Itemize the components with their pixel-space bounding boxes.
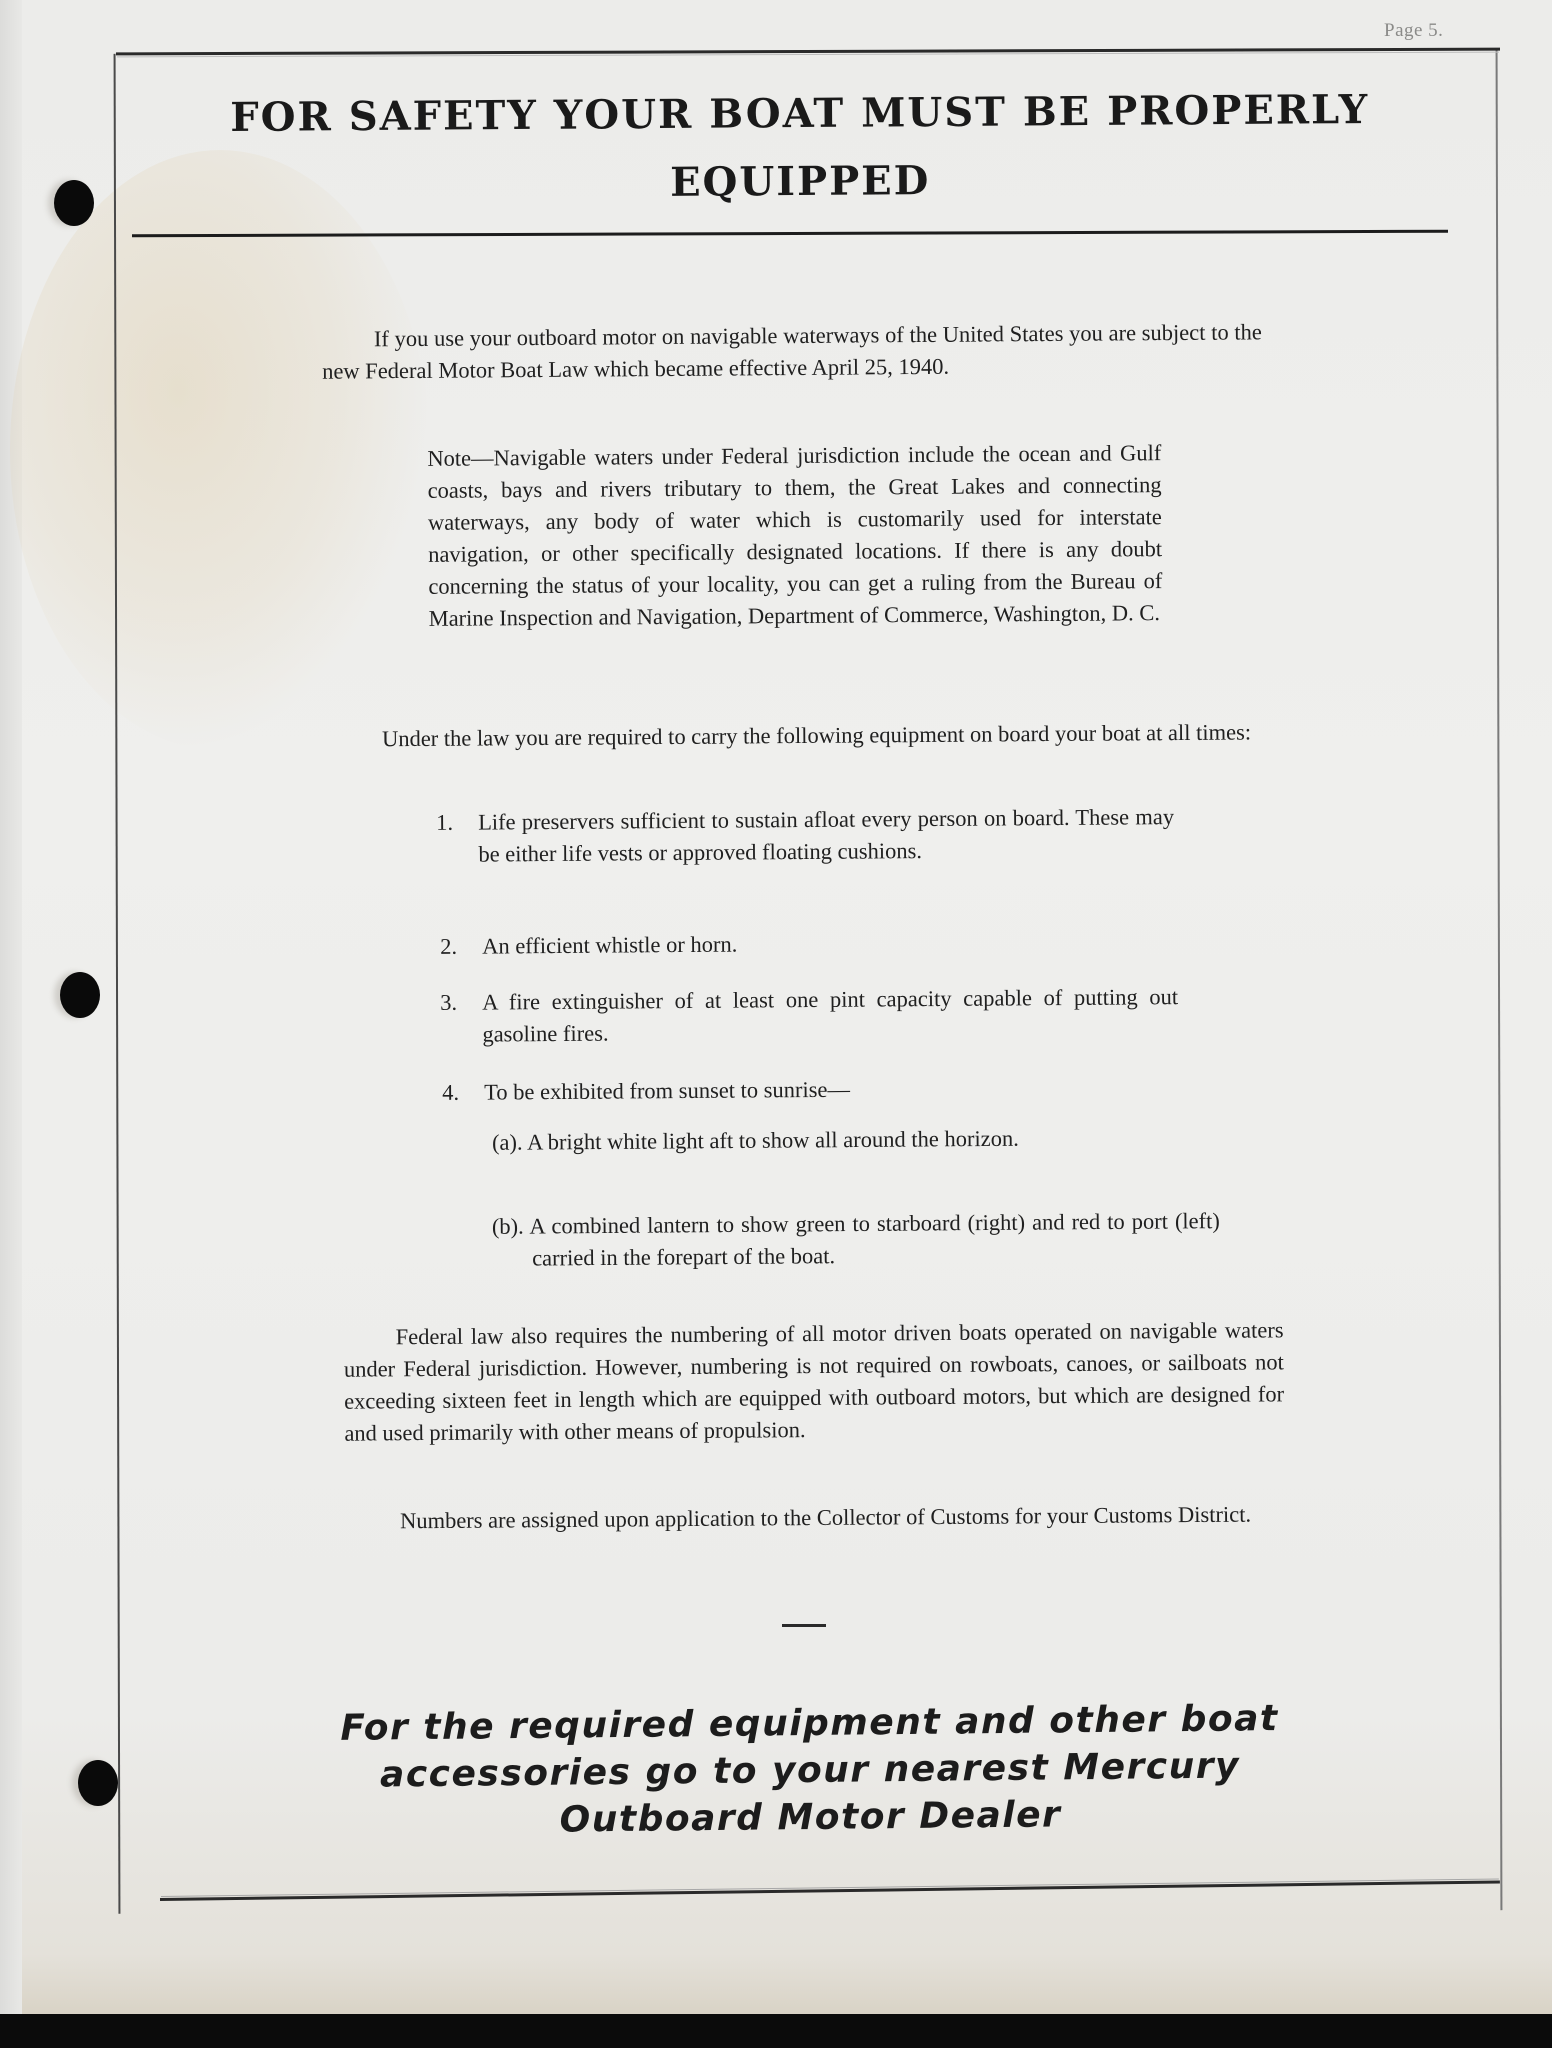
sub-label: (b). xyxy=(492,1214,524,1239)
sub-text: A bright white light aft to show all aro… xyxy=(527,1126,1019,1155)
note-paragraph: Note—Navigable waters under Federal juri… xyxy=(427,437,1162,635)
list-number: 2. xyxy=(440,931,457,963)
list-number: 1. xyxy=(436,807,453,839)
sub-label: (a). xyxy=(492,1130,523,1155)
intro-paragraph: If you use your outboard motor on naviga… xyxy=(322,316,1262,387)
title-line-1: FOR SAFETY YOUR BOAT MUST BE PROPERLY xyxy=(150,75,1450,152)
section-divider xyxy=(782,1624,826,1627)
sub-text: A combined lantern to show green to star… xyxy=(529,1208,1220,1270)
punch-hole-icon xyxy=(78,1760,118,1806)
dealer-callout: For the required equipment and other boa… xyxy=(329,1695,1290,1846)
page-number: Page 5. xyxy=(1384,20,1443,42)
list-text: To be exhibited from sunset to sunrise— xyxy=(484,1074,850,1109)
scan-background xyxy=(0,2014,1552,2048)
light-requirement-a: (a). A bright white light aft to show al… xyxy=(492,1121,1220,1159)
page-edge xyxy=(0,0,22,2014)
numbering-paragraph: Federal law also requires the numbering … xyxy=(344,1314,1285,1449)
title-line-2: EQUIPPED xyxy=(150,143,1450,220)
punch-hole-icon xyxy=(60,972,100,1018)
list-text: A fire extinguisher of at least one pint… xyxy=(482,981,1178,1050)
list-number: 3. xyxy=(440,987,457,1019)
list-text: An efficient whistle or horn. xyxy=(482,929,737,963)
page-title: FOR SAFETY YOUR BOAT MUST BE PROPERLY EQ… xyxy=(150,75,1451,220)
punch-hole-icon xyxy=(54,180,94,226)
light-requirement-b: (b). A combined lantern to show green to… xyxy=(492,1205,1220,1275)
list-number: 4. xyxy=(442,1077,459,1109)
document-page: Page 5. FOR SAFETY YOUR BOAT MUST BE PRO… xyxy=(0,0,1552,2014)
list-text: Life preservers sufficient to sustain af… xyxy=(478,801,1174,870)
